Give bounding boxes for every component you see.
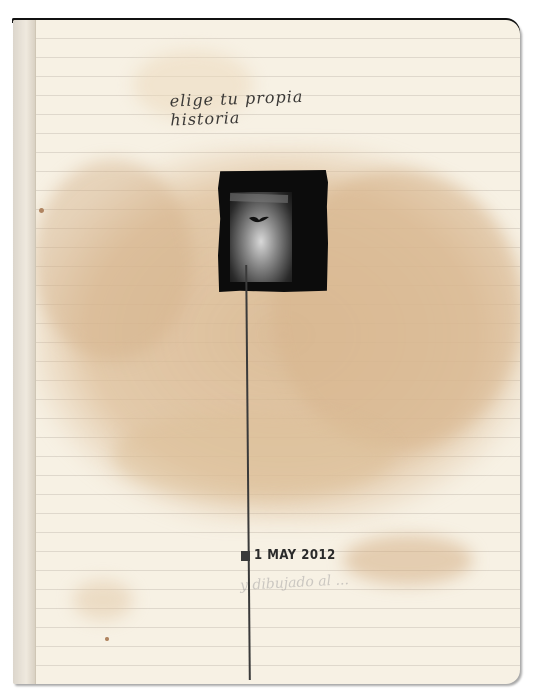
coffee-stain — [73, 580, 133, 620]
stain-spot — [39, 208, 44, 213]
date-stamp: 1 MAY 2012 — [241, 548, 336, 563]
coffee-stain — [113, 410, 393, 500]
coffee-stain — [33, 160, 193, 360]
photo-glow — [230, 192, 292, 282]
stain-spot — [105, 637, 109, 641]
handwritten-title: elige tu propia historia — [169, 85, 370, 132]
moth-photo — [218, 170, 328, 292]
moth-icon — [249, 215, 269, 225]
notebook-spine — [13, 20, 36, 684]
date-stamp-text: 1 MAY 2012 — [254, 548, 336, 563]
stamp-digit-block — [241, 551, 250, 561]
coffee-stain — [343, 535, 473, 585]
